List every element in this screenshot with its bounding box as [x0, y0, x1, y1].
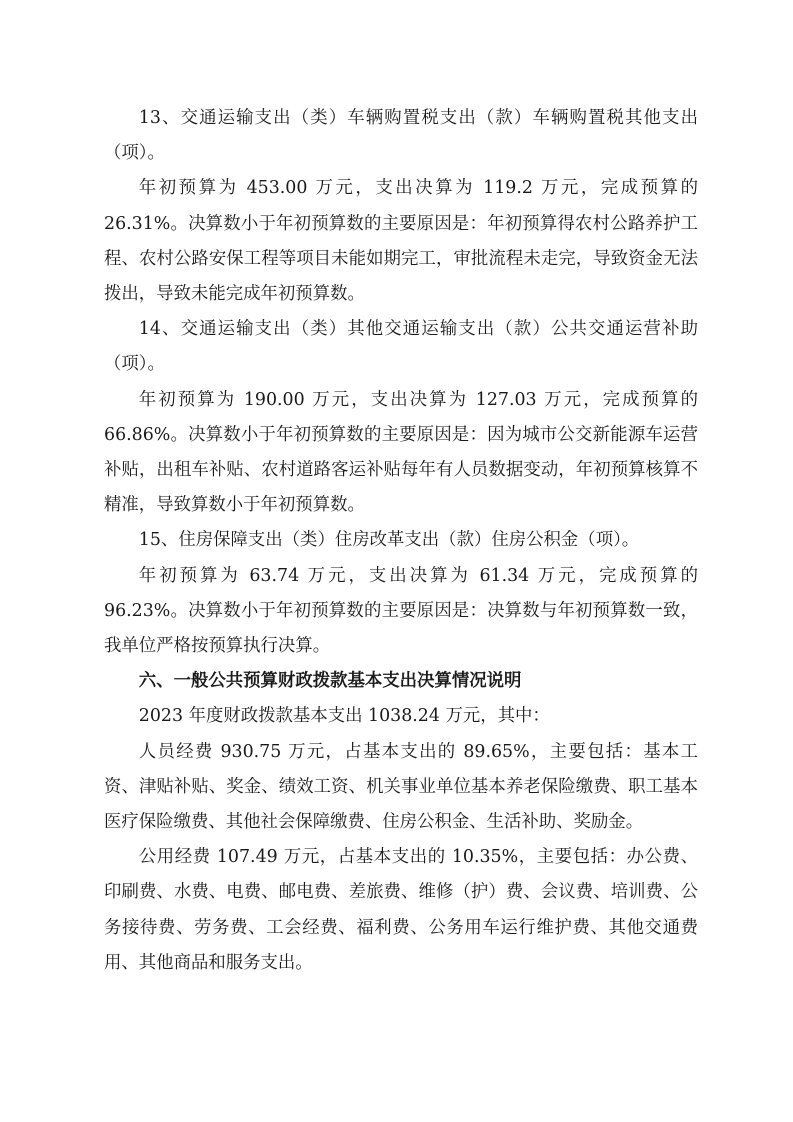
document-page: 13、交通运输支出（类）车辆购置税支出（款）车辆购置税其他支出（项）。 年初预算…: [104, 101, 698, 981]
personnel-expenses: 人员经费 930.75 万元，占基本支出的 89.65%，主要包括：基本工资、津…: [104, 735, 698, 841]
item-13-title: 13、交通运输支出（类）车辆购置税支出（款）车辆购置税其他支出（项）。: [104, 101, 698, 171]
section-heading: 六、一般公共预算财政拨款基本支出决算情况说明: [104, 664, 698, 699]
basic-expenditure-summary: 2023 年度财政拨款基本支出 1038.24 万元，其中：: [104, 699, 698, 734]
item-15-detail: 年初预算为 63.74 万元，支出决算为 61.34 万元，完成预算的 96.2…: [104, 559, 698, 665]
item-13-detail: 年初预算为 453.00 万元，支出决算为 119.2 万元，完成预算的 26.…: [104, 171, 698, 312]
item-14-title: 14、交通运输支出（类）其他交通运输支出（款）公共交通运营补助（项）。: [104, 312, 698, 382]
item-14-detail: 年初预算为 190.00 万元，支出决算为 127.03 万元，完成预算的 66…: [104, 383, 698, 524]
item-15-title: 15、住房保障支出（类）住房改革支出（款）住房公积金（项）。: [104, 523, 698, 558]
public-expenses: 公用经费 107.49 万元，占基本支出的 10.35%，主要包括：办公费、印刷…: [104, 840, 698, 981]
